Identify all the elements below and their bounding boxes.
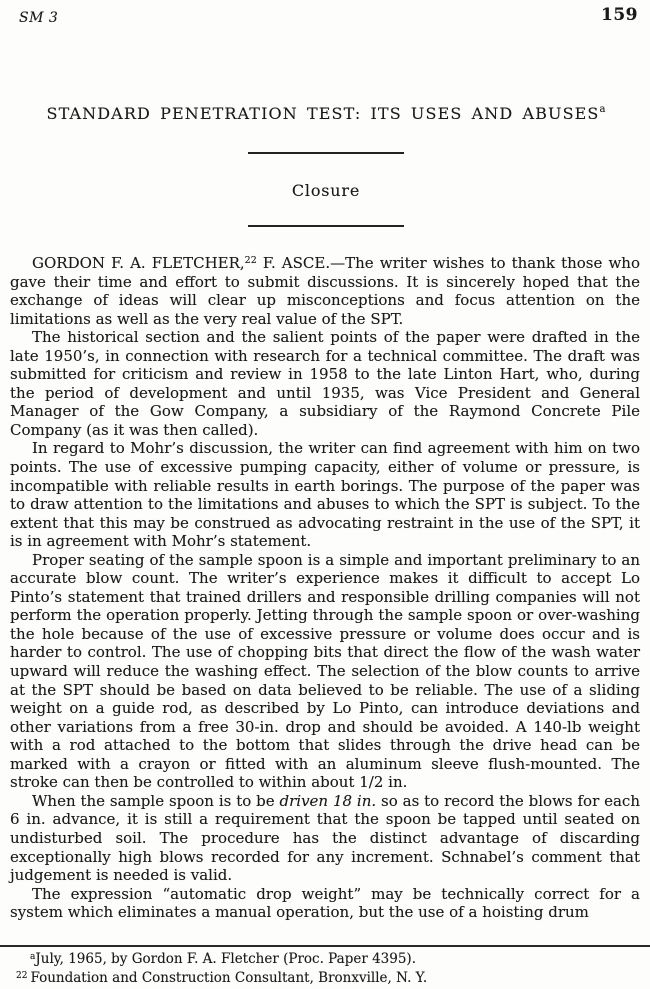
paragraph-5-text-start: When the sample spoon is to be [32,792,280,810]
section-heading: Closure [10,181,642,200]
page-number: 159 [601,5,638,25]
body-text: GORDON F. A. FLETCHER,22 F. ASCE.—The wr… [10,254,642,922]
footnote-22: 22Foundation and Construction Consultant… [10,968,642,987]
issue-label: SM 3 [19,10,58,26]
title-footnote-marker: a [599,104,605,115]
body-paragraph-5: When the sample spoon is to be driven 18… [10,792,640,885]
journal-page: SM 3 159 STANDARD PENETRATION TEST: ITS … [0,0,650,989]
author-name: GORDON F. A. FLETCHER, [32,254,245,272]
divider-above-heading [248,152,404,154]
footnote-block: aJuly, 1965, by Gordon F. A. Fletcher (P… [0,945,650,986]
body-paragraph-3: In regard to Mohr’s discussion, the writ… [10,439,640,550]
paper-title: STANDARD PENETRATION TEST: ITS USES AND … [10,104,642,123]
body-paragraph-2: The historical section and the salient p… [10,328,640,439]
body-paragraph-6: The expression “automatic drop weight” m… [10,885,640,922]
author-footnote-marker: 22 [245,255,257,266]
paper-title-text: STANDARD PENETRATION TEST: ITS USES AND … [47,104,600,123]
footnote-22-marker: 22 [16,971,27,981]
footnote-a-text: July, 1965, by Gordon F. A. Fletcher (Pr… [35,951,416,967]
paragraph-5-emphasis: driven 18 in. [280,792,377,810]
running-head: SM 3 159 [10,8,642,32]
body-paragraph-1: GORDON F. A. FLETCHER,22 F. ASCE.—The wr… [10,254,640,328]
divider-below-heading [248,225,404,227]
footnote-a: aJuly, 1965, by Gordon F. A. Fletcher (P… [10,949,642,968]
footnote-22-text: Foundation and Construction Consultant, … [27,970,427,986]
body-paragraph-4: Proper seating of the sample spoon is a … [10,551,640,792]
